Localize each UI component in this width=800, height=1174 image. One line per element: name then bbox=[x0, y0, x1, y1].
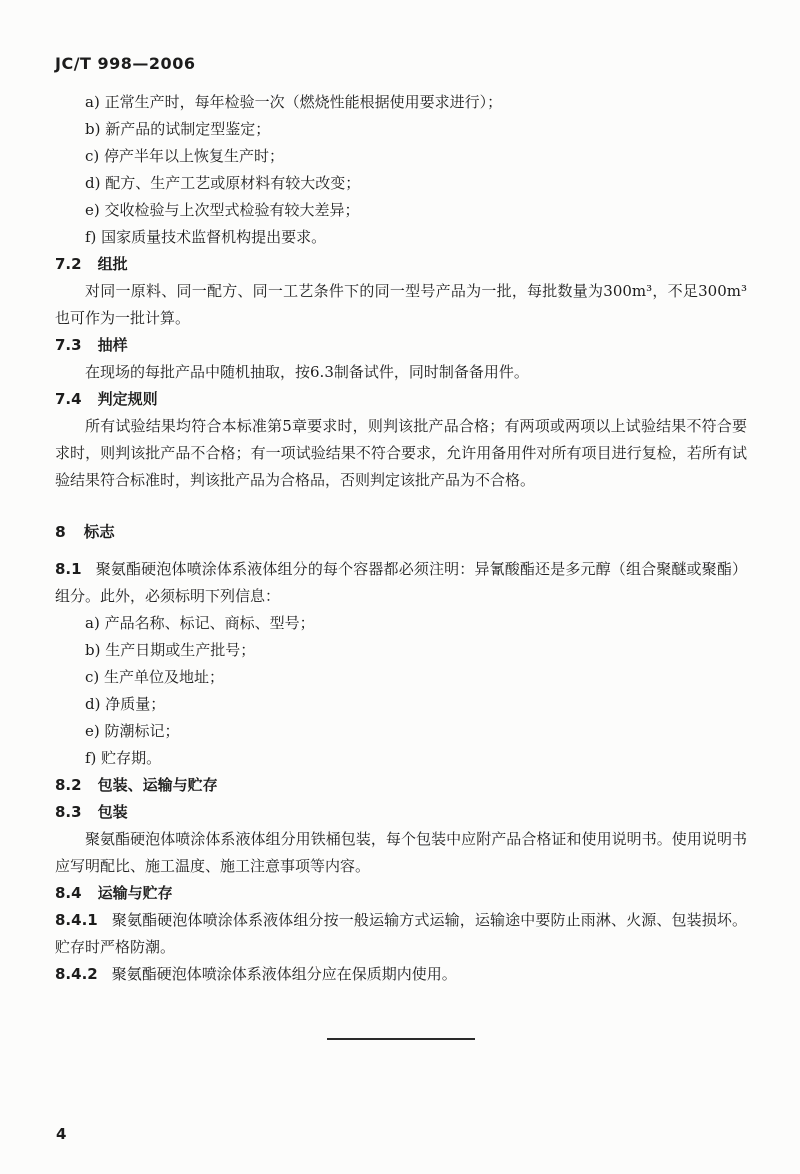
list-item: d) 净质量； bbox=[55, 691, 747, 718]
clause-text: 聚氨酯硬泡体喷涂体系液体组分的每个容器都必须注明：异氰酸酯还是多元醇（组合聚醚或… bbox=[55, 560, 747, 605]
clause-number: 7.3 bbox=[55, 336, 82, 354]
list-item: c) 停产半年以上恢复生产时； bbox=[55, 143, 747, 170]
end-of-text-rule bbox=[327, 1038, 475, 1040]
clause-title: 包装、运输与贮存 bbox=[98, 776, 218, 794]
document-code-header: JC/T 998—2006 bbox=[55, 50, 747, 77]
list-item: b) 生产日期或生产批号； bbox=[55, 637, 747, 664]
page-number: 4 bbox=[56, 1121, 66, 1148]
clause-heading-8-4: 8.4运输与贮存 bbox=[55, 880, 747, 907]
list-item: e) 防潮标记； bbox=[55, 718, 747, 745]
chapter-number: 8 bbox=[55, 523, 66, 541]
list-item: b) 新产品的试制定型鉴定； bbox=[55, 116, 747, 143]
clause-text: 聚氨酯硬泡体喷涂体系液体组分按一般运输方式运输，运输途中要防止雨淋、火源、包装损… bbox=[55, 911, 747, 956]
paragraph: 对同一原料、同一配方、同一工艺条件下的同一型号产品为一批，每批数量为300m³，… bbox=[55, 278, 747, 332]
clause-number: 7.2 bbox=[55, 255, 82, 273]
clause-heading-7-2: 7.2组批 bbox=[55, 251, 747, 278]
clause-heading-7-4: 7.4判定规则 bbox=[55, 386, 747, 413]
paragraph: 聚氨酯硬泡体喷涂体系液体组分用铁桶包装，每个包装中应附产品合格证和使用说明书。使… bbox=[55, 826, 747, 880]
clause-number: 8.3 bbox=[55, 803, 82, 821]
clause-paragraph-8-4-2: 8.4.2聚氨酯硬泡体喷涂体系液体组分应在保质期内使用。 bbox=[55, 961, 747, 988]
clause-number: 8.4.1 bbox=[55, 911, 98, 929]
clause-number: 8.4.2 bbox=[55, 965, 98, 983]
clause-text: 聚氨酯硬泡体喷涂体系液体组分应在保质期内使用。 bbox=[112, 965, 457, 983]
clause-heading-8-3: 8.3包装 bbox=[55, 799, 747, 826]
document-page: JC/T 998—2006 a) 正常生产时，每年检验一次（燃烧性能根据使用要求… bbox=[0, 0, 800, 1174]
list-item: d) 配方、生产工艺或原材料有较大改变； bbox=[55, 170, 747, 197]
list-item: a) 正常生产时，每年检验一次（燃烧性能根据使用要求进行）； bbox=[55, 89, 747, 116]
clause-number: 7.4 bbox=[55, 390, 82, 408]
clause-7-1-item-list: a) 正常生产时，每年检验一次（燃烧性能根据使用要求进行）； b) 新产品的试制… bbox=[55, 89, 747, 251]
list-item: a) 产品名称、标记、商标、型号； bbox=[55, 610, 747, 637]
paragraph: 在现场的每批产品中随机抽取，按6.3制备试件，同时制备备用件。 bbox=[55, 359, 747, 386]
chapter-heading-8: 8标志 bbox=[55, 519, 747, 546]
paragraph: 所有试验结果均符合本标准第5章要求时，则判该批产品合格；有两项或两项以上试验结果… bbox=[55, 413, 747, 494]
clause-title: 抽样 bbox=[98, 336, 128, 354]
list-item: c) 生产单位及地址； bbox=[55, 664, 747, 691]
clause-8-1-item-list: a) 产品名称、标记、商标、型号； b) 生产日期或生产批号； c) 生产单位及… bbox=[55, 610, 747, 772]
clause-paragraph-8-1: 8.1聚氨酯硬泡体喷涂体系液体组分的每个容器都必须注明：异氰酸酯还是多元醇（组合… bbox=[55, 556, 747, 610]
chapter-title: 标志 bbox=[84, 523, 115, 541]
clause-number: 8.2 bbox=[55, 776, 82, 794]
list-item: f) 国家质量技术监督机构提出要求。 bbox=[55, 224, 747, 251]
list-item: e) 交收检验与上次型式检验有较大差异； bbox=[55, 197, 747, 224]
clause-number: 8.4 bbox=[55, 884, 82, 902]
page-content: JC/T 998—2006 a) 正常生产时，每年检验一次（燃烧性能根据使用要求… bbox=[55, 50, 747, 1040]
clause-title: 包装 bbox=[98, 803, 128, 821]
clause-title: 运输与贮存 bbox=[98, 884, 173, 902]
clause-title: 判定规则 bbox=[98, 390, 158, 408]
list-item: f) 贮存期。 bbox=[55, 745, 747, 772]
clause-paragraph-8-4-1: 8.4.1聚氨酯硬泡体喷涂体系液体组分按一般运输方式运输，运输途中要防止雨淋、火… bbox=[55, 907, 747, 961]
clause-number: 8.1 bbox=[55, 560, 82, 578]
clause-heading-7-3: 7.3抽样 bbox=[55, 332, 747, 359]
clause-title: 组批 bbox=[98, 255, 128, 273]
clause-heading-8-2: 8.2包装、运输与贮存 bbox=[55, 772, 747, 799]
